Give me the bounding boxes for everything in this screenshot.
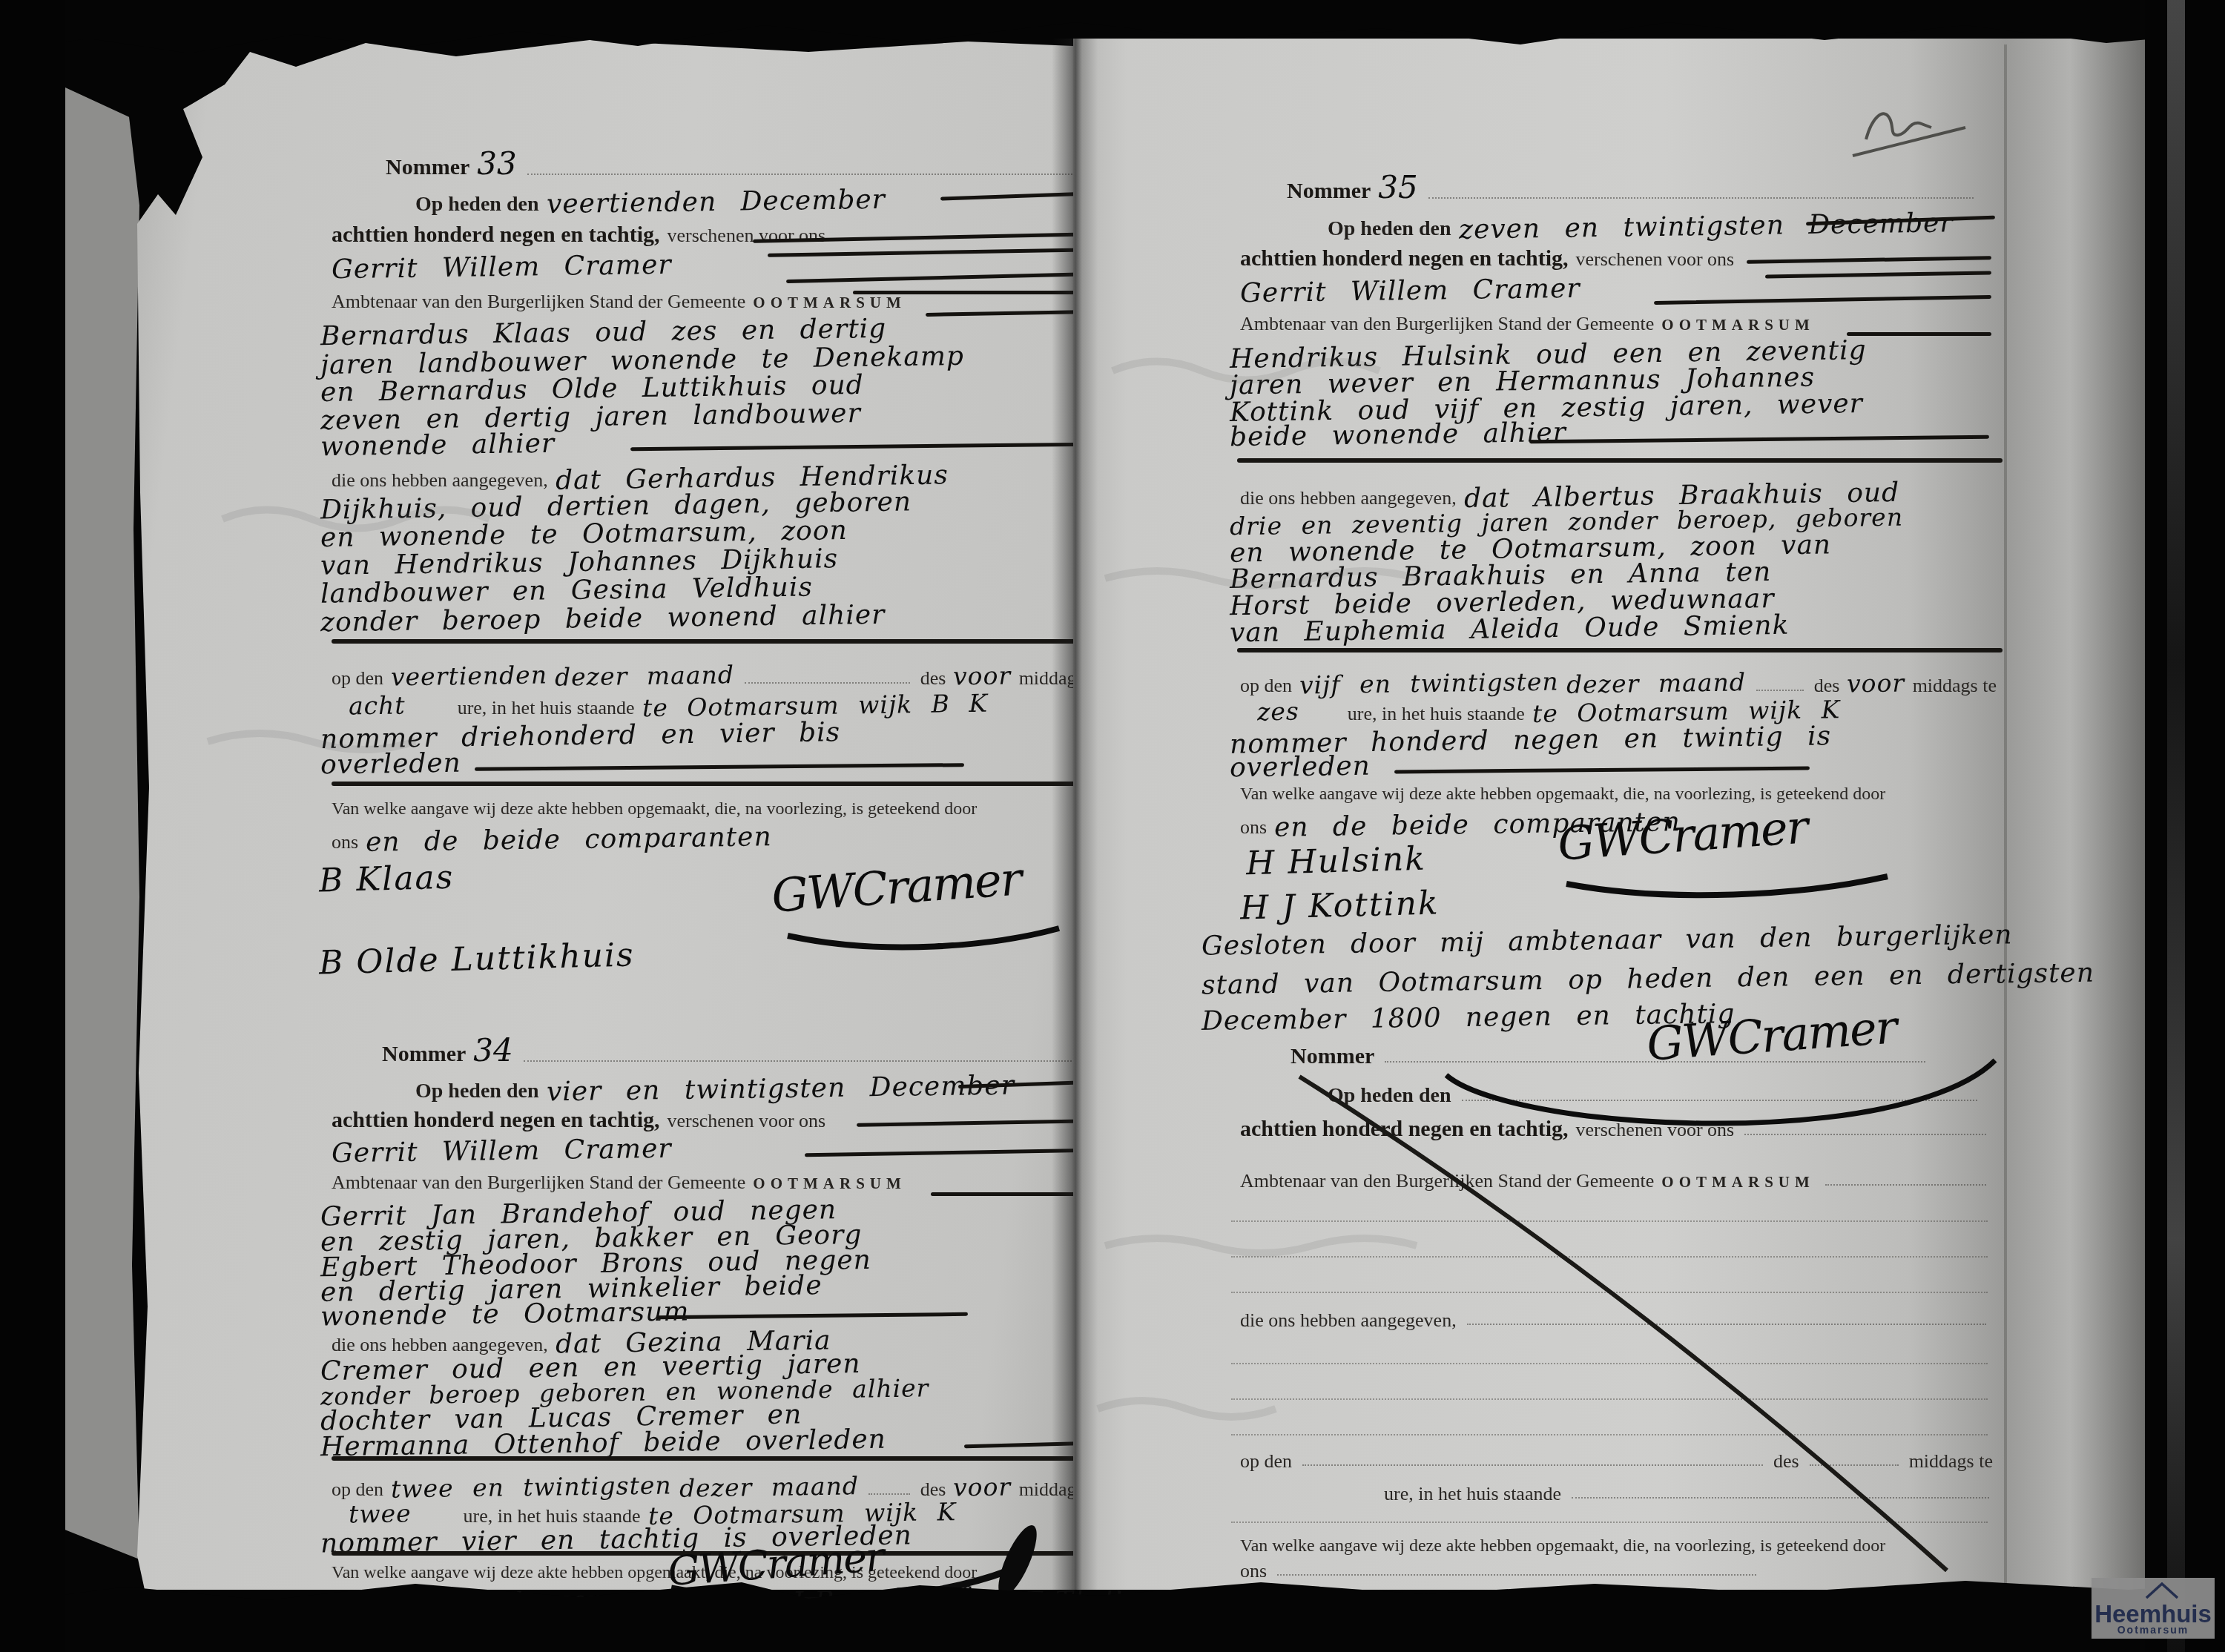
akte35-date-hand: zeven en twintigsten December — [1458, 208, 1953, 245]
ink-rule — [1847, 332, 1991, 336]
akte33-official-hand: Gerrit Willem Cramer — [332, 250, 672, 285]
ov-dagdeel-hand: voor — [953, 1472, 1012, 1501]
watermark-name: Heemhuis — [2094, 1605, 2212, 1624]
section-rule — [332, 1456, 1099, 1461]
ov-dag-hand: vijf en twintigsten — [1299, 667, 1559, 700]
dotted-rule — [524, 1059, 1084, 1062]
blank-rule — [1231, 1256, 1988, 1258]
dotted-rule — [527, 172, 1087, 175]
dotted-rule — [1385, 1060, 1925, 1063]
akte35-overlijden-row1: op den vijf en twintigsten dezer maand d… — [1240, 669, 1997, 698]
blank-rule — [1231, 1220, 1988, 1222]
nommer-label: Nommer — [1287, 179, 1371, 204]
hand-line: zonder beroep beide wonend alhier — [320, 600, 886, 638]
blank-vanwelke-row: Van welke aangave wij deze akte hebben o… — [1240, 1536, 1885, 1556]
blank-ons-row: ons — [1240, 1560, 1759, 1582]
ons-label: ons — [1240, 816, 1267, 839]
hand-line: beide wonende alhier — [1230, 417, 1566, 452]
akte35-date-row: Op heden den zeven en twintigsten Decemb… — [1328, 211, 1980, 242]
hand-line: overleden — [320, 748, 461, 781]
akte34-aangifte-line: Hermanna Ottenhof beide overleden — [320, 1428, 886, 1458]
previous-page-edge — [65, 87, 139, 1559]
akte34-comparant-line: wonende te Ootmarsum — [320, 1299, 689, 1329]
akte35-nommer-row: Nommer 35 — [1287, 169, 1977, 205]
die-ons-label: die ons hebben aangegeven, — [1240, 487, 1457, 509]
hand-line: stand van Ootmarsum op heden den een en … — [1201, 958, 2094, 1001]
die-ons-label: die ons hebben aangegeven, — [332, 469, 548, 492]
akte33-date-hand: veertienden December — [546, 185, 885, 219]
section-rule — [1237, 648, 2002, 652]
akte33-nommer-row: Nommer 33 — [386, 145, 1090, 182]
gemeente-label: OOTMARSUM — [753, 1174, 906, 1193]
akte33-overlijden-row4: overleden — [320, 749, 461, 779]
akte35-signature: H J Kottink — [1240, 887, 1440, 925]
blank-overlijden-row1: op den des middags te — [1240, 1450, 1993, 1473]
akte33-number: 33 — [477, 145, 516, 182]
akte33-signature: B Olde Luttikhuis — [319, 940, 635, 978]
van-welke-label: Van welke aangave wij deze akte hebben o… — [332, 799, 977, 819]
nommer-label: Nommer — [1290, 1044, 1374, 1069]
ambtenaar-label: Ambtenaar van den Burgerlijken Stand der… — [332, 291, 745, 313]
page-crease — [2004, 44, 2007, 1587]
blank-rule — [1231, 1398, 1988, 1400]
signature-text: B Olde Luttikhuis — [318, 936, 635, 982]
ambtenaar-label: Ambtenaar van den Burgerlijken Stand der… — [332, 1172, 745, 1194]
blank-rule — [1231, 1292, 1988, 1293]
akte34-official-row: Gerrit Willem Cramer — [332, 1136, 672, 1166]
film-edge-right — [2145, 0, 2225, 1652]
ov-dagdeel-hand: voor — [1847, 668, 1905, 698]
ov-dag-hand: veertienden — [391, 661, 548, 692]
section-rule — [332, 782, 1101, 786]
slotzin-hand: en de beide comparanten — [366, 822, 772, 858]
akte33-overlijden-row1: op den veertienden dezer maand des voor … — [332, 661, 1103, 690]
des-label: des — [1773, 1450, 1799, 1473]
akte34-official-hand: Gerrit Willem Cramer — [332, 1134, 672, 1169]
verschenen-label: verschenen voor ons — [667, 225, 826, 247]
signature-text: H J Kottink — [1239, 884, 1440, 927]
ambtenaar-label: Ambtenaar van den Burgerlijken Stand der… — [1240, 313, 1654, 335]
akte35-number: 35 — [1378, 169, 1417, 205]
ons-label: ons — [332, 831, 358, 853]
blank-ambtenaar-row: Ambtenaar van den Burgerlijken Stand der… — [1240, 1170, 1989, 1192]
blank-rule — [1231, 1522, 1988, 1523]
akte34-date-row: Op heden den vier en twintigsten Decembe… — [415, 1074, 1083, 1104]
ov-dagdeel-hand: voor — [953, 661, 1012, 690]
year-label: achttien honderd negen en tachtig, — [1240, 1117, 1569, 1142]
akte35-aangifte-line: van Euphemia Aleida Oude Smienk — [1230, 614, 1789, 644]
akte34-year-row: achttien honderd negen en tachtig, versc… — [332, 1108, 825, 1133]
akte33-comparant-line: wonende alhier — [320, 430, 555, 460]
akte33-overlijden-row2: acht ure, in het huis staande te Ootmars… — [349, 691, 988, 720]
gemeente-label: OOTMARSUM — [1661, 1173, 1815, 1192]
middags-label: middags te — [1913, 675, 1997, 697]
dotted-rule — [1428, 196, 1974, 199]
akte33-ons-row: ons en de beide comparanten — [332, 825, 772, 855]
blank-overlijden-row2: ure, in het huis staande — [1384, 1483, 1992, 1505]
ure-label: ure, in het huis staande — [1348, 703, 1525, 725]
book-gutter-shadow — [1052, 39, 1098, 1590]
nommer-label: Nommer — [382, 1042, 466, 1067]
akte35-sluiting-line: stand van Ootmarsum op heden den een en … — [1201, 964, 2094, 994]
signature-text: H Hulsink — [1245, 840, 1426, 882]
signature-text: B Klaas — [318, 859, 455, 900]
die-ons-label: die ons hebben aangegeven, — [1240, 1309, 1457, 1332]
blank-year-row: achttien honderd negen en tachtig, versc… — [1240, 1117, 1989, 1142]
ov-uur-hand: acht — [349, 690, 406, 720]
heemhuis-watermark: Heemhuis Ootmarsum — [2091, 1578, 2215, 1639]
ov-maand-hand: dezer maand — [555, 660, 734, 691]
watermark-place: Ootmarsum — [2117, 1624, 2189, 1636]
film-strip-artifact — [2167, 0, 2185, 1652]
akte35-overlijden-row4: overleden — [1230, 752, 1371, 782]
akte33-vanwelke-row: Van welke aangave wij deze akte hebben o… — [332, 799, 977, 819]
dotted-rule — [1302, 1463, 1763, 1466]
hand-line: Gesloten door mij ambtenaar van den burg… — [1201, 919, 2013, 961]
akte33-signature: B Klaas — [319, 860, 454, 898]
akte35-comparant-line: beide wonende alhier — [1230, 420, 1566, 450]
dotted-rule — [1825, 1183, 1986, 1186]
akte33-official-row: Gerrit Willem Cramer — [332, 252, 672, 283]
akte34-ambtenaar-row: Ambtenaar van den Burgerlijken Stand der… — [332, 1172, 906, 1194]
akte35-year-row: achttien honderd negen en tachtig, versc… — [1240, 246, 1734, 271]
section-rule — [332, 639, 1101, 644]
section-rule — [1237, 458, 2002, 463]
hand-line: van Euphemia Aleida Oude Smienk — [1230, 610, 1790, 649]
op-den-label: op den — [1240, 675, 1292, 697]
ov-uur-hand: zes — [1257, 697, 1299, 727]
dotted-rule — [1467, 1322, 1986, 1325]
hand-line: overleden — [1230, 751, 1371, 784]
gemeente-label: OOTMARSUM — [1661, 316, 1815, 334]
akte35-official-row: Gerrit Willem Cramer — [1240, 276, 1580, 306]
verschenen-label: verschenen voor ons — [1576, 248, 1735, 271]
ure-label: ure, in het huis staande — [1384, 1483, 1561, 1505]
akte35-ambtenaar-row: Ambtenaar van den Burgerlijken Stand der… — [1240, 313, 1815, 335]
year-label: achttien honderd negen en tachtig, — [332, 222, 660, 248]
blank-aangifte-row: die ons hebben aangegeven, — [1240, 1309, 1989, 1332]
dotted-rule — [1277, 1573, 1756, 1576]
akte33-date-row: Op heden den veertienden December — [415, 187, 1083, 217]
op-den-label: op den — [332, 667, 383, 690]
ambtenaar-label: Ambtenaar van den Burgerlijken Stand der… — [1240, 1170, 1654, 1192]
dotted-rule — [1810, 1463, 1899, 1466]
dotted-rule — [1744, 1132, 1986, 1135]
dotted-rule — [745, 681, 910, 684]
akte33-comparant-line: zeven en dertig jaren landbouwer — [320, 402, 861, 432]
van-welke-label: Van welke aangave wij deze akte hebben o… — [1240, 1536, 1885, 1556]
ons-label: ons — [1240, 1560, 1267, 1582]
akte35-sluiting-line: Gesloten door mij ambtenaar van den burg… — [1201, 925, 2013, 956]
blank-rule — [1231, 1363, 1988, 1364]
akte35-signature: H Hulsink — [1246, 842, 1426, 880]
register-scan: > Nommer 33 Op heden den veertienden Dec… — [0, 0, 2225, 1652]
akte33-comparant-line: jaren landbouwer wonende te Denekamp — [320, 346, 964, 376]
akte33-year-row: achttien honderd negen en tachtig, versc… — [332, 222, 825, 248]
verschenen-label: verschenen voor ons — [667, 1110, 826, 1132]
ov-maand-hand: dezer maand — [679, 1471, 858, 1502]
ov-maand-hand: dezer maand — [1566, 667, 1745, 698]
op-heden-label: Op heden den — [1328, 1084, 1451, 1108]
op-heden-label: Op heden den — [415, 193, 539, 217]
op-den-label: op den — [332, 1478, 383, 1501]
des-label: des — [920, 667, 946, 690]
nommer-label: Nommer — [386, 155, 469, 180]
gemeente-label: OOTMARSUM — [753, 294, 906, 312]
op-heden-label: Op heden den — [1328, 217, 1451, 241]
ov-dag-hand: twee en twintigsten — [391, 1470, 672, 1503]
year-label: achttien honderd negen en tachtig, — [1240, 246, 1569, 271]
akte34-number: 34 — [473, 1032, 512, 1068]
ure-label: ure, in het huis staande — [458, 697, 635, 719]
akte33-aangifte-line: zonder beroep beide wonend alhier — [320, 604, 885, 634]
verschenen-label: verschenen voor ons — [1576, 1119, 1735, 1141]
blank-date-row: Op heden den — [1328, 1084, 1980, 1108]
dotted-rule — [1572, 1496, 1989, 1499]
op-den-label: op den — [1240, 1450, 1292, 1473]
akte33-ambtenaar-row: Ambtenaar van den Burgerlijken Stand der… — [332, 291, 906, 313]
akte35-official-hand: Gerrit Willem Cramer — [1240, 274, 1580, 308]
des-label: des — [1814, 675, 1840, 697]
op-heden-label: Op heden den — [415, 1080, 539, 1103]
blank-nommer-row: Nommer — [1290, 1044, 1928, 1069]
year-label: achttien honderd negen en tachtig, — [332, 1108, 660, 1133]
dotted-rule — [868, 1492, 909, 1495]
akte34-nommer-row: Nommer 34 — [382, 1032, 1087, 1068]
film-edge-left — [0, 0, 65, 1652]
dotted-rule — [1756, 688, 1804, 691]
roof-icon — [2145, 1582, 2179, 1599]
middags-label: middags te — [1909, 1450, 1993, 1473]
hand-line: wonende alhier — [320, 429, 556, 462]
akte33-overlijden-row3: nommer driehonderd en vier bis — [320, 721, 840, 751]
akte34-overlijden-row1: op den twee en twintigsten dezer maand d… — [332, 1473, 1103, 1501]
dotted-rule — [1462, 1098, 1978, 1101]
blank-rule — [1231, 1434, 1988, 1435]
akte34-date-hand: vier en twintigsten December — [546, 1071, 1014, 1108]
